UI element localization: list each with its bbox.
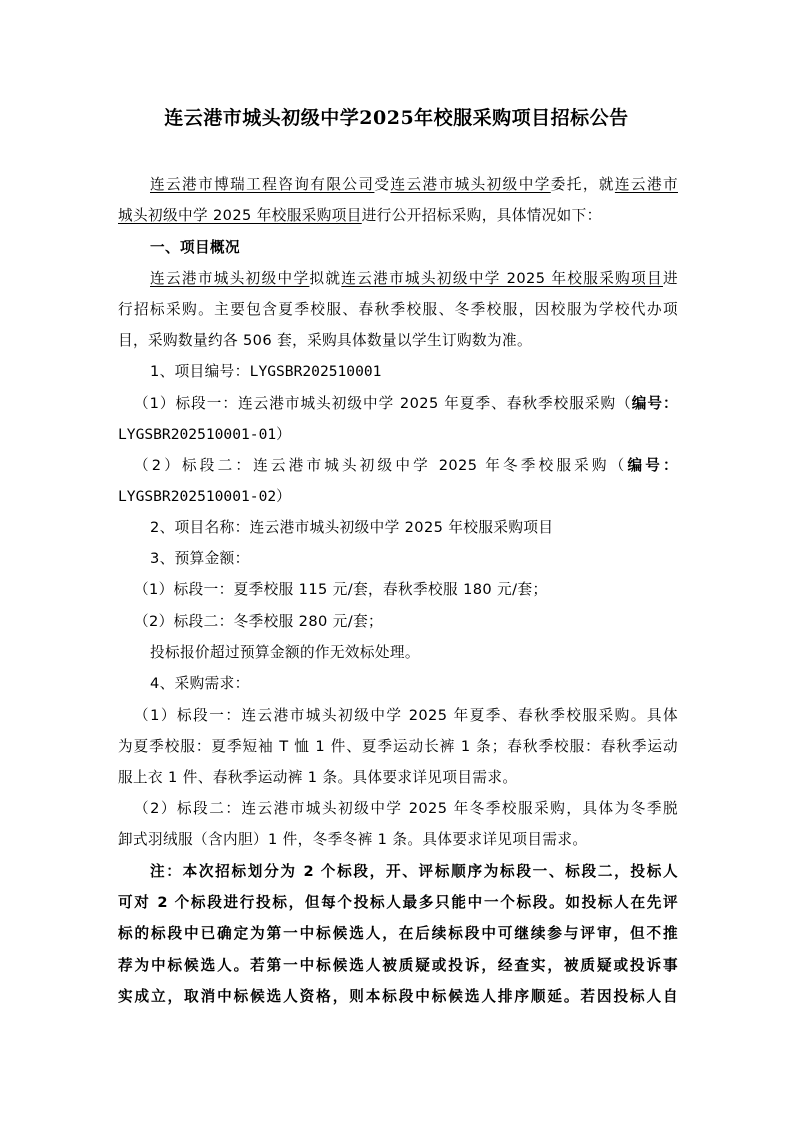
note-line: 标的标段中已确定为第一中标候选人，在后续标段中可继续参与评审，但不推 (118, 922, 678, 946)
project-number: 1、项目编号：LYGSBR202510001 (150, 360, 678, 384)
document-page: 连云港市城头初级中学2025年校服采购项目招标公告 连云港市博瑞工程咨询有限公司… (0, 0, 793, 1122)
requirements-heading: 4、采购需求： (150, 672, 678, 696)
project-number-label: 1、项目编号： (150, 363, 250, 380)
intro-text: 委托，就 (551, 176, 615, 193)
intro-line-1: 连云港市博瑞工程咨询有限公司受连云港市城头初级中学委托，就连云港市 (150, 173, 678, 197)
intro-text: 受 (374, 176, 390, 193)
section-heading: 一、项目概况 (150, 236, 678, 260)
overview-line-2: 行招标采购。主要包含夏季校服、春秋季校服、冬季校服，因校服为学校代办项 (118, 298, 678, 322)
client-name: 连云港市城头初级中学 (390, 176, 550, 193)
project-name-part: 城头初级中学 2025 年校服采购项目 (118, 207, 362, 224)
overview-line-3: 目，采购数量约各 506 套，采购具体数量以学生订购数为准。 (118, 329, 678, 353)
budget-lot2: （2）标段二：冬季校服 280 元/套； (134, 610, 678, 634)
project-name: 连云港市城头初级中学 2025 年校服采购项目 (341, 270, 663, 287)
budget-note: 投标报价超过预算金额的作无效标处理。 (150, 641, 678, 665)
project-name-part: 连云港市 (615, 176, 678, 193)
agency-name: 连云港市博瑞工程咨询有限公司 (150, 176, 374, 193)
lot2-description: （2）标段二：连云港市城头初级中学 2025 年冬季校服采购（ (134, 457, 627, 474)
note-line: 实成立，取消中标候选人资格，则本标段中标候选人排序顺延。若因投标人自 (118, 985, 678, 1009)
note-line: 可对 2 个标段进行投标，但每个投标人最多只能中一个标段。如投标人在先评 (118, 891, 678, 915)
note-line: 注：本次招标划分为 2 个标段，开、评标顺序为标段一、标段二，投标人 (150, 860, 678, 884)
project-name-item: 2、项目名称：连云港市城头初级中学 2025 年校服采购项目 (150, 516, 678, 540)
budget-lot1: （1）标段一：夏季校服 115 元/套，春秋季校服 180 元/套； (134, 578, 678, 602)
lot1-number-value: LYGSBR202510001-01） (118, 423, 678, 447)
requirements-lot1-line: 服上衣 1 件、春秋季运动裤 1 条。具体要求详见项目需求。 (118, 766, 678, 790)
budget-heading: 3、预算金额： (150, 547, 678, 571)
lot1-number-line-1: （1）标段一：连云港市城头初级中学 2025 年夏季、春秋季校服采购（编号： (134, 392, 678, 416)
project-number-value: LYGSBR202510001 (250, 363, 382, 380)
note-line: 荐为中标候选人。若第一中标候选人被质疑或投诉，经查实，被质疑或投诉事 (118, 954, 678, 978)
intro-text: 进行公开招标采购，具体情况如下： (362, 207, 602, 224)
lot2-number-value: LYGSBR202510001-02） (118, 485, 678, 509)
requirements-lot1-line: （1）标段一：连云港市城头初级中学 2025 年夏季、春秋季校服采购。具体 (134, 704, 678, 728)
overview-text: 进 (663, 270, 678, 287)
client-name: 连云港市城头初级中学 (150, 270, 309, 287)
lot2-number-label: 编号： (627, 457, 678, 474)
lot2-number-line-1: （2）标段二：连云港市城头初级中学 2025 年冬季校服采购（编号： (134, 454, 678, 478)
overview-line-1: 连云港市城头初级中学拟就连云港市城头初级中学 2025 年校服采购项目进 (150, 267, 678, 291)
intro-line-2: 城头初级中学 2025 年校服采购项目进行公开招标采购，具体情况如下： (118, 204, 678, 228)
page-title: 连云港市城头初级中学2025年校服采购项目招标公告 (0, 103, 793, 130)
lot1-description: （1）标段一：连云港市城头初级中学 2025 年夏季、春秋季校服采购（ (134, 395, 632, 412)
requirements-lot2-line: （2）标段二：连云港市城头初级中学 2025 年冬季校服采购，具体为冬季脱 (134, 797, 678, 821)
overview-text: 拟就 (309, 270, 341, 287)
requirements-lot1-line: 为夏季校服：夏季短袖 T 恤 1 件、夏季运动长裤 1 条；春秋季校服：春秋季运… (118, 735, 678, 759)
requirements-lot2-line: 卸式羽绒服（含内胆）1 件，冬季冬裤 1 条。具体要求详见项目需求。 (118, 828, 678, 852)
lot1-number-label: 编号： (632, 395, 678, 412)
